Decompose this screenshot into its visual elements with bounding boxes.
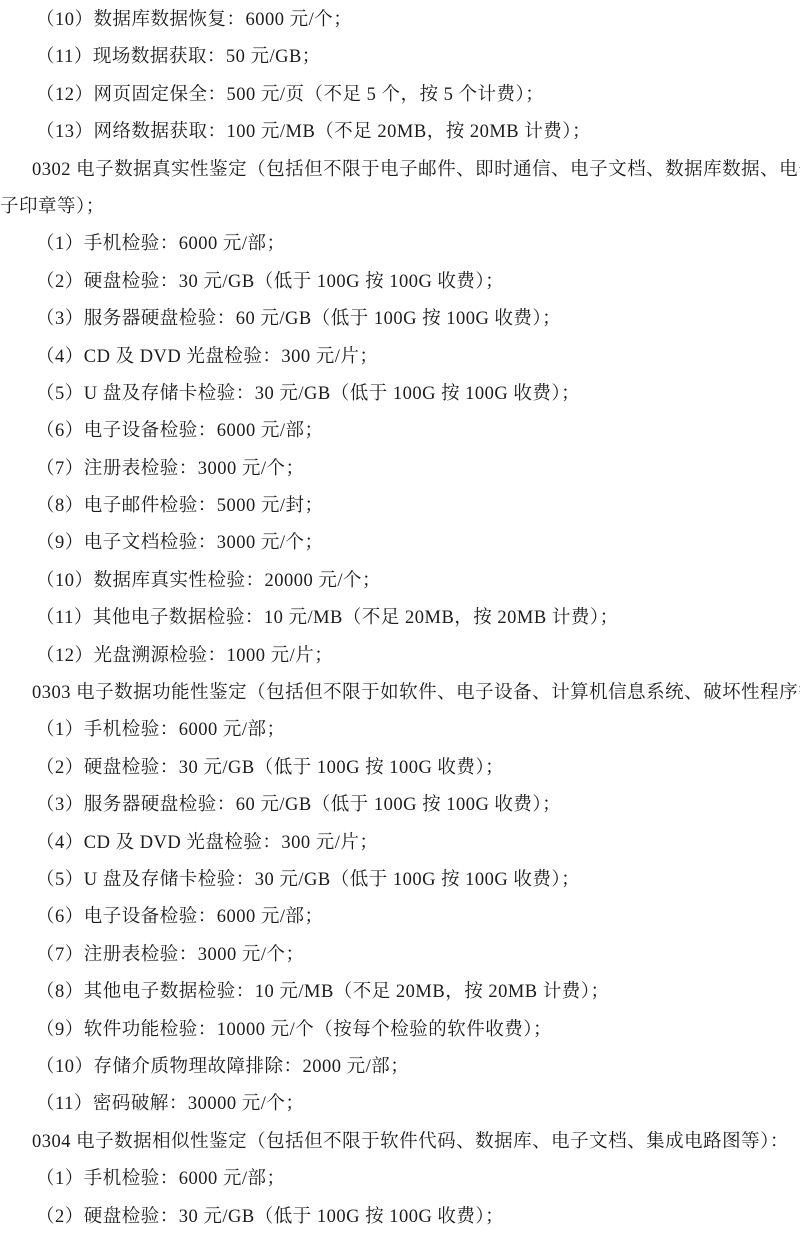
text-line: （3）服务器硬盘检验：60 元/GB（低于 100G 按 100G 收费）；: [0, 301, 800, 338]
section-heading: 0303 电子数据功能性鉴定（包括但不限于如软件、电子设备、计算机信息系统、破坏…: [0, 675, 800, 712]
text-line: （8）其他电子数据检验：10 元/MB（不足 20MB，按 20MB 计费）；: [0, 974, 800, 1011]
text-line: （12）光盘溯源检验：1000 元/片；: [0, 638, 800, 675]
text-line: （11）其他电子数据检验：10 元/MB（不足 20MB，按 20MB 计费）；: [0, 600, 800, 637]
text-line: （9）电子文档检验：3000 元/个；: [0, 525, 800, 562]
text-line: （5）U 盘及存储卡检验：30 元/GB（低于 100G 按 100G 收费）；: [0, 376, 800, 413]
text-line: （10）存储介质物理故障排除：2000 元/部；: [0, 1049, 800, 1086]
text-line: （13）网络数据获取：100 元/MB（不足 20MB，按 20MB 计费）；: [0, 114, 800, 151]
text-line: （1）手机检验：6000 元/部；: [0, 226, 800, 263]
text-line: （10）数据库数据恢复：6000 元/个；: [0, 2, 800, 39]
text-line: 子印章等）；: [0, 189, 800, 226]
text-line: （3）服务器硬盘检验：60 元/GB（低于 100G 按 100G 收费）；: [0, 787, 800, 824]
text-line: （8）电子邮件检验：5000 元/封；: [0, 488, 800, 525]
text-line: （10）数据库真实性检验：20000 元/个；: [0, 563, 800, 600]
text-line: （2）硬盘检验：30 元/GB（低于 100G 按 100G 收费）；: [0, 264, 800, 301]
document-page: （10）数据库数据恢复：6000 元/个；（11）现场数据获取：50 元/GB；…: [0, 0, 800, 1236]
text-line: （7）注册表检验：3000 元/个；: [0, 937, 800, 974]
text-line: （9）软件功能检验：10000 元/个（按每个检验的软件收费）；: [0, 1012, 800, 1049]
text-line: （11）密码破解：30000 元/个；: [0, 1086, 800, 1123]
text-line: （4）CD 及 DVD 光盘检验：300 元/片；: [0, 339, 800, 376]
text-line: （12）网页固定保全：500 元/页（不足 5 个，按 5 个计费）；: [0, 77, 800, 114]
section-heading: 0302 电子数据真实性鉴定（包括但不限于电子邮件、即时通信、电子文档、数据库数…: [0, 152, 800, 189]
text-line: （6）电子设备检验：6000 元/部；: [0, 413, 800, 450]
text-line: （1）手机检验：6000 元/部；: [0, 712, 800, 749]
text-line: （5）U 盘及存储卡检验：30 元/GB（低于 100G 按 100G 收费）；: [0, 862, 800, 899]
text-line: （4）CD 及 DVD 光盘检验：300 元/片；: [0, 825, 800, 862]
text-line: （11）现场数据获取：50 元/GB；: [0, 39, 800, 76]
text-line: （7）注册表检验：3000 元/个；: [0, 451, 800, 488]
section-heading: 0304 电子数据相似性鉴定（包括但不限于软件代码、数据库、电子文档、集成电路图…: [0, 1124, 800, 1161]
text-line: （1）手机检验：6000 元/部；: [0, 1161, 800, 1198]
text-line: （2）硬盘检验：30 元/GB（低于 100G 按 100G 收费）；: [0, 1199, 800, 1236]
text-line: （6）电子设备检验：6000 元/部；: [0, 899, 800, 936]
document-body: （10）数据库数据恢复：6000 元/个；（11）现场数据获取：50 元/GB；…: [0, 0, 800, 1236]
text-line: （2）硬盘检验：30 元/GB（低于 100G 按 100G 收费）；: [0, 750, 800, 787]
